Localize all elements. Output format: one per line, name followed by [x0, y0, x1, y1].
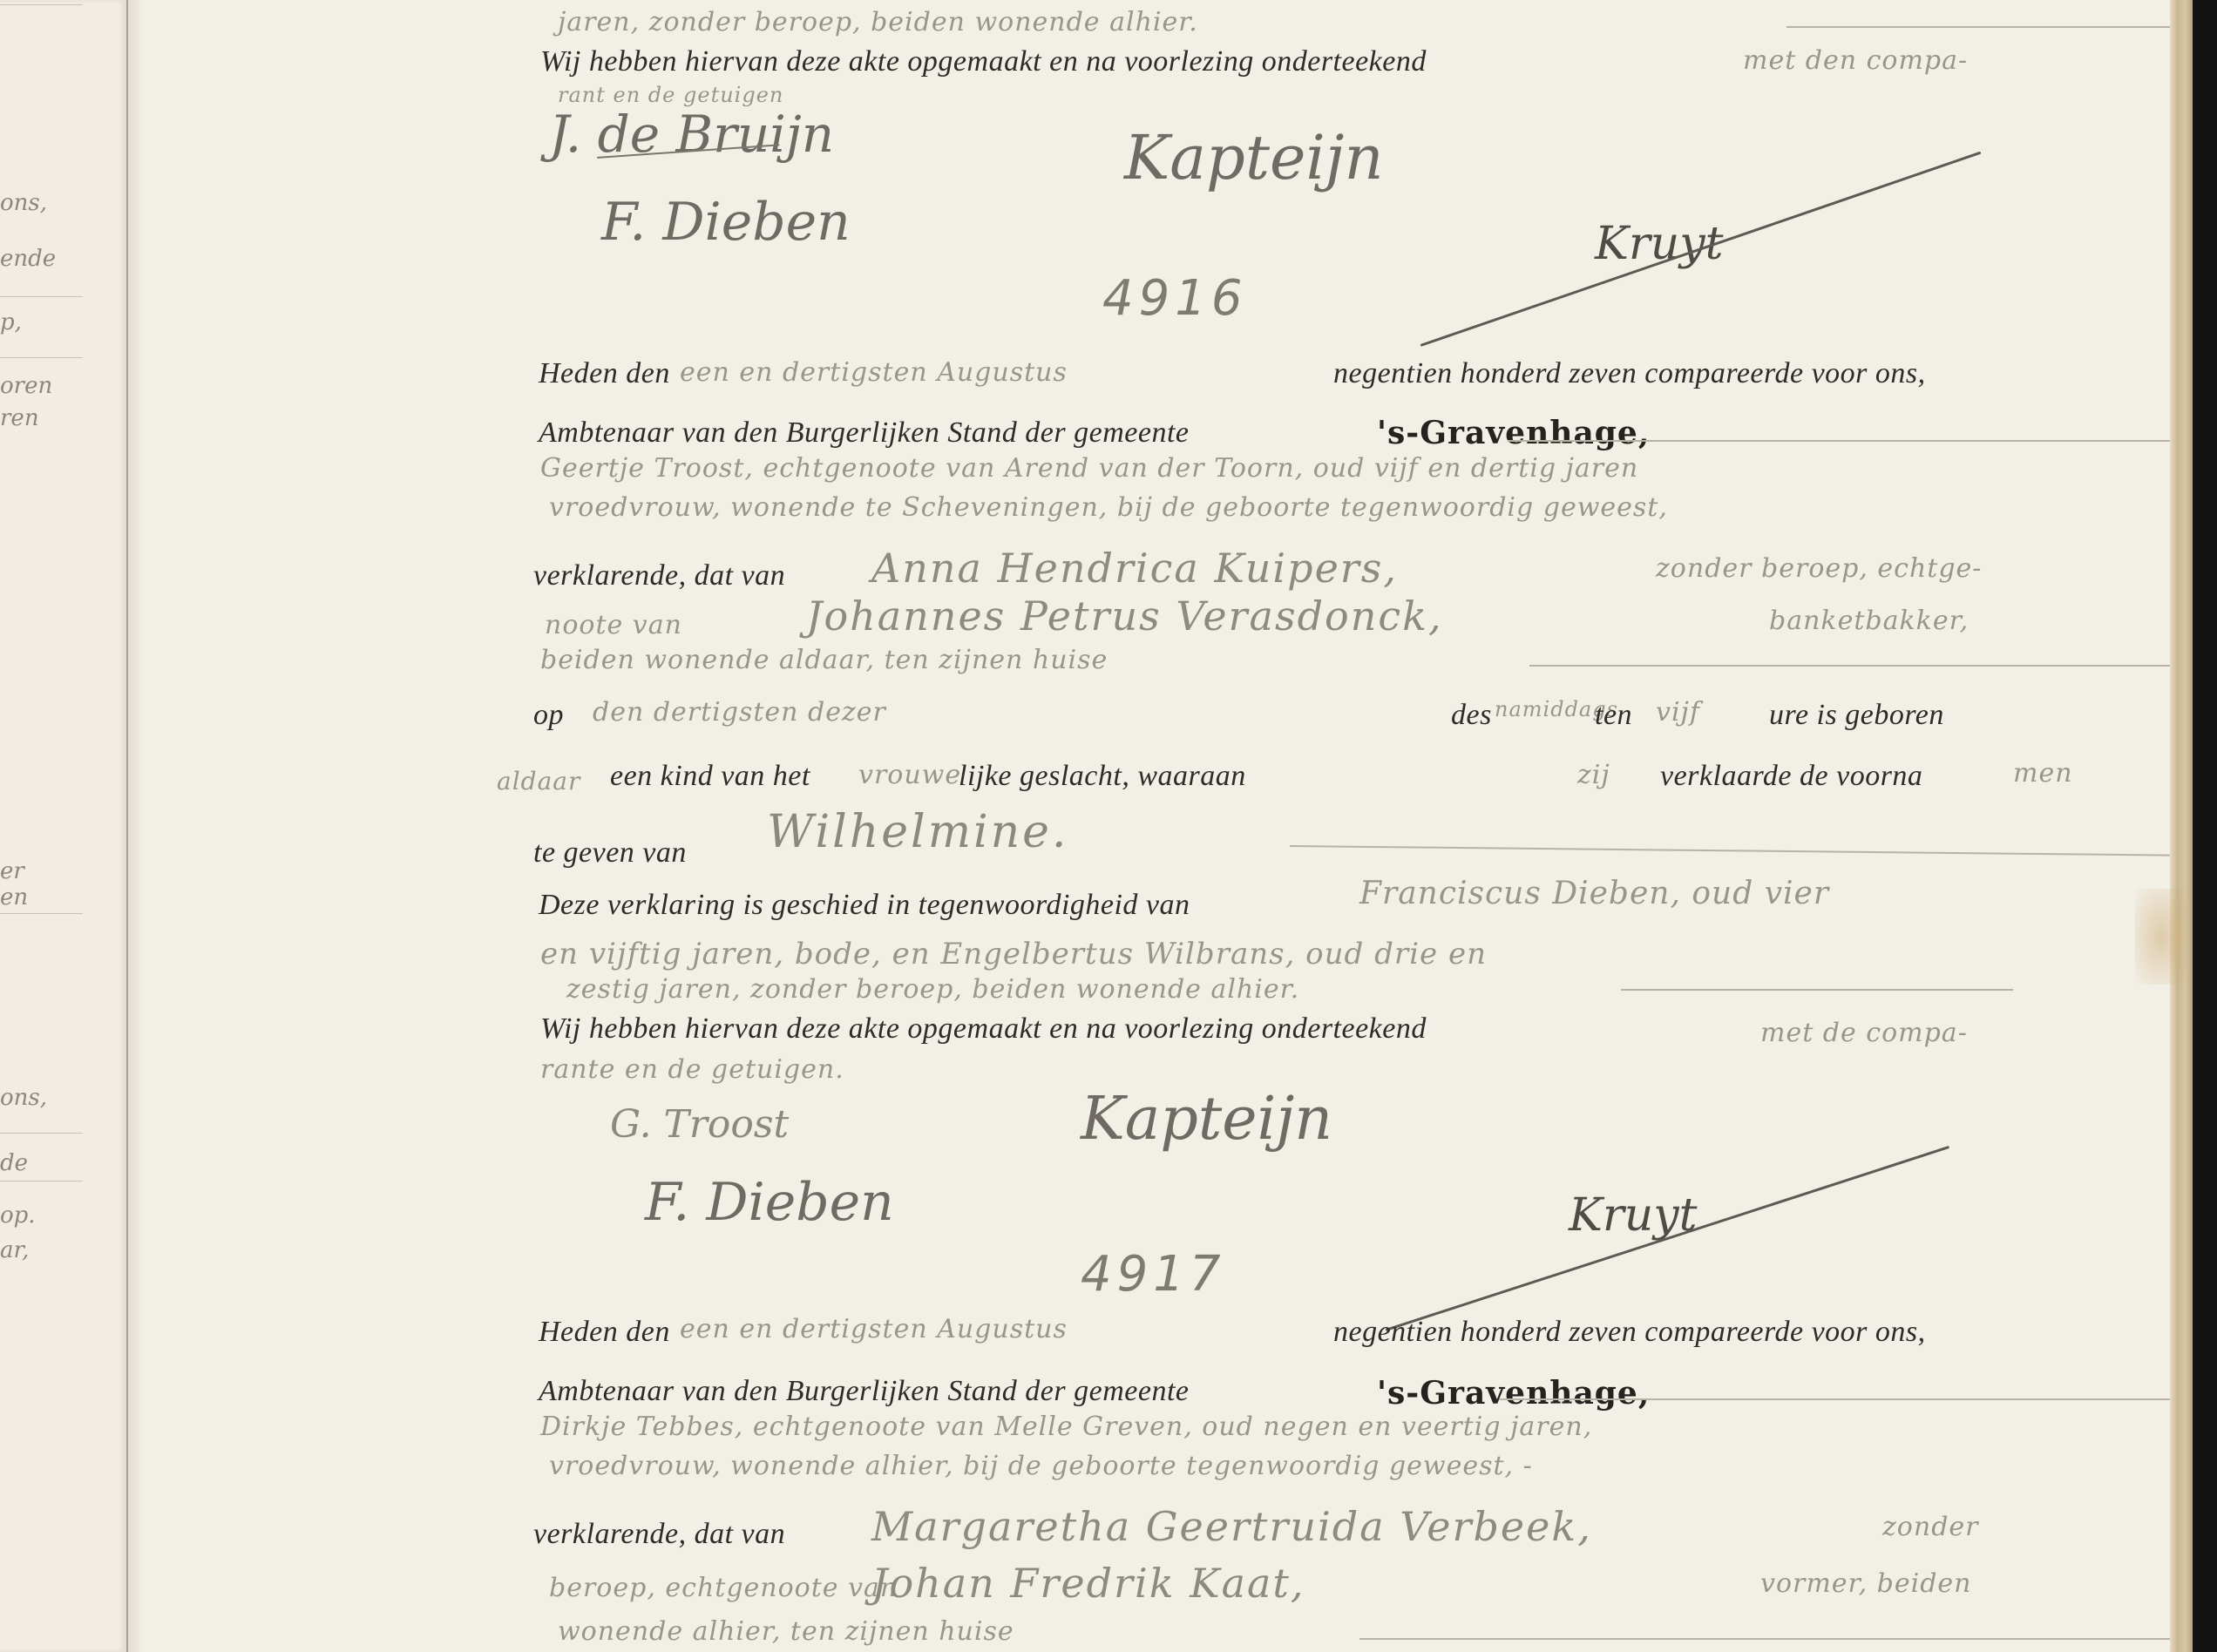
printed-text: lijke geslacht, waaraan: [959, 760, 1246, 793]
handwritten-text: noote van: [545, 610, 682, 640]
left-page-fragment: ar,: [0, 1237, 29, 1263]
handwritten-occupation: vroedvrouw, wonende te Scheveningen, bij…: [549, 492, 1668, 523]
handwritten-declarant: Dirkje Tebbes, echtgenoote van Melle Gre…: [540, 1412, 1592, 1442]
left-page-fragment: op.: [0, 1202, 36, 1229]
ruled-line: [0, 1133, 83, 1134]
ruled-line: [0, 357, 83, 358]
father-occupation: banketbakker,: [1769, 606, 1969, 636]
printed-text: verklaarde de voorna: [1660, 760, 1922, 793]
father-occupation: vormer, beiden: [1760, 1568, 1972, 1599]
printed-text: verklarende, dat van: [533, 1518, 785, 1551]
printed-text: negentien honderd zeven compareerde voor…: [1333, 1316, 1926, 1349]
left-page-fragment: en: [0, 884, 28, 911]
left-page-fragment: er: [0, 858, 24, 884]
book-gutter: [128, 0, 144, 1652]
handwritten-gender: vrouwe: [858, 760, 961, 790]
left-page-fragment: ren: [0, 405, 39, 431]
handwritten-text: zij: [1577, 760, 1610, 790]
handwritten-text: beroep, echtgenoote van: [549, 1573, 898, 1603]
signature-official: Kapteijn: [1081, 1085, 1332, 1154]
handwritten-closing-2: rant en de getuigen: [558, 83, 783, 107]
handwritten-text: beiden wonende aldaar, ten zijnen huise: [540, 645, 1108, 675]
left-page-fragment: ons,: [0, 190, 47, 216]
signature-witness: F. Dieben: [645, 1172, 894, 1233]
margin-annotation: aldaar: [497, 767, 580, 796]
ruled-line: [1529, 665, 2170, 667]
father-name: Johannes Petrus Verasdonck,: [806, 592, 1443, 640]
municipality-name: 's-Gravenhage,: [1377, 415, 1650, 451]
handwritten-occupation: vroedvrouw, wonende alhier, bij de geboo…: [549, 1451, 1533, 1481]
printed-text: Heden den: [539, 357, 670, 390]
printed-text: op: [533, 699, 564, 732]
handwritten-text: zonder beroep, echtge-: [1656, 553, 1982, 584]
handwritten-closing: met de compa-: [1760, 1018, 1968, 1048]
handwritten-closing: met den compa-: [1743, 45, 1968, 76]
signature-official: Kapteijn: [1124, 122, 1384, 193]
handwritten-date: een en dertigsten Augustus: [680, 357, 1068, 388]
signature-witness: F. Dieben: [601, 192, 851, 253]
handwritten-closing-2: rante en de getuigen.: [540, 1054, 844, 1085]
printed-text: te geven van: [533, 836, 687, 870]
left-page-fragment: ons,: [0, 1085, 47, 1111]
paper-stain: [2135, 889, 2187, 985]
printed-text: Ambtenaar van den Burgerlijken Stand der…: [539, 416, 1190, 450]
handwritten-text: zonder: [1882, 1512, 1979, 1542]
printed-text: ure is geboren: [1769, 699, 1944, 732]
handwritten-hour: vijf: [1656, 697, 1700, 728]
handwritten-text: wonende alhier, ten zijnen huise: [558, 1616, 1014, 1647]
printed-text: Ambtenaar van den Burgerlijken Stand der…: [539, 1375, 1190, 1408]
left-page-fragment: p,: [0, 309, 22, 335]
printed-text: Deze verklaring is geschied in tegenwoor…: [539, 889, 1190, 922]
ruled-line: [0, 4, 83, 5]
child-first-name: Wilhelmine.: [767, 806, 1068, 858]
left-page-fragment: oren: [0, 373, 52, 399]
handwritten-birth-date: den dertigsten dezer: [593, 697, 886, 728]
ruled-line: [1621, 989, 2013, 991]
printed-closing-line: Wij hebben hiervan deze akte opgemaakt e…: [540, 1012, 1427, 1046]
printed-text: Heden den: [539, 1316, 670, 1349]
handwritten-witness-details: en vijftig jaren, bode, en Engelbertus W…: [540, 937, 1487, 972]
handwritten-witness-details: zestig jaren, zonder beroep, beiden wone…: [566, 974, 1299, 1005]
mother-name: Margaretha Geertruida Verbeek,: [871, 1503, 1592, 1550]
handwritten-text: men: [2013, 758, 2073, 789]
handwritten-declarant: Geertje Troost, echtgenoote van Arend va…: [540, 453, 1638, 484]
witness-1: Franciscus Dieben, oud vier: [1359, 876, 1829, 911]
municipality-name: 's-Gravenhage,: [1377, 1375, 1650, 1412]
printed-text: verklarende, dat van: [533, 559, 785, 592]
ruled-line: [1499, 1398, 2170, 1400]
left-page-fragment: de: [0, 1150, 28, 1176]
ruled-line: [0, 913, 83, 914]
ruled-line: [1508, 440, 2170, 442]
left-page-fragment: ende: [0, 246, 56, 272]
handwritten-continuation: jaren, zonder beroep, beiden wonende alh…: [558, 7, 1198, 37]
printed-text: des: [1451, 699, 1492, 732]
signature-declarant: G. Troost: [610, 1102, 789, 1147]
printed-text: ten: [1595, 699, 1632, 732]
printed-text: negentien honderd zeven compareerde voor…: [1333, 357, 1926, 390]
mother-name: Anna Hendrica Kuipers,: [871, 545, 1398, 592]
printed-text: een kind van het: [610, 760, 810, 793]
handwritten-date: een en dertigsten Augustus: [680, 1314, 1068, 1344]
page-stack-edge: [2170, 0, 2193, 1652]
ruled-line: [0, 296, 83, 297]
ruled-line: [1359, 1638, 2170, 1640]
ruled-line: [0, 1181, 83, 1181]
left-facing-page: ons, ende p, oren ren er en ons, de op. …: [0, 0, 128, 1652]
signature-declarant: J. de Bruijn: [549, 105, 834, 164]
record-number: 4917: [1081, 1246, 1226, 1303]
ruled-line: [1786, 26, 2170, 28]
father-name: Johan Fredrik Kaat,: [871, 1560, 1305, 1607]
printed-closing-line: Wij hebben hiervan deze akte opgemaakt e…: [540, 45, 1427, 78]
record-number: 4916: [1102, 270, 1248, 327]
book-binding: [2193, 0, 2217, 1652]
